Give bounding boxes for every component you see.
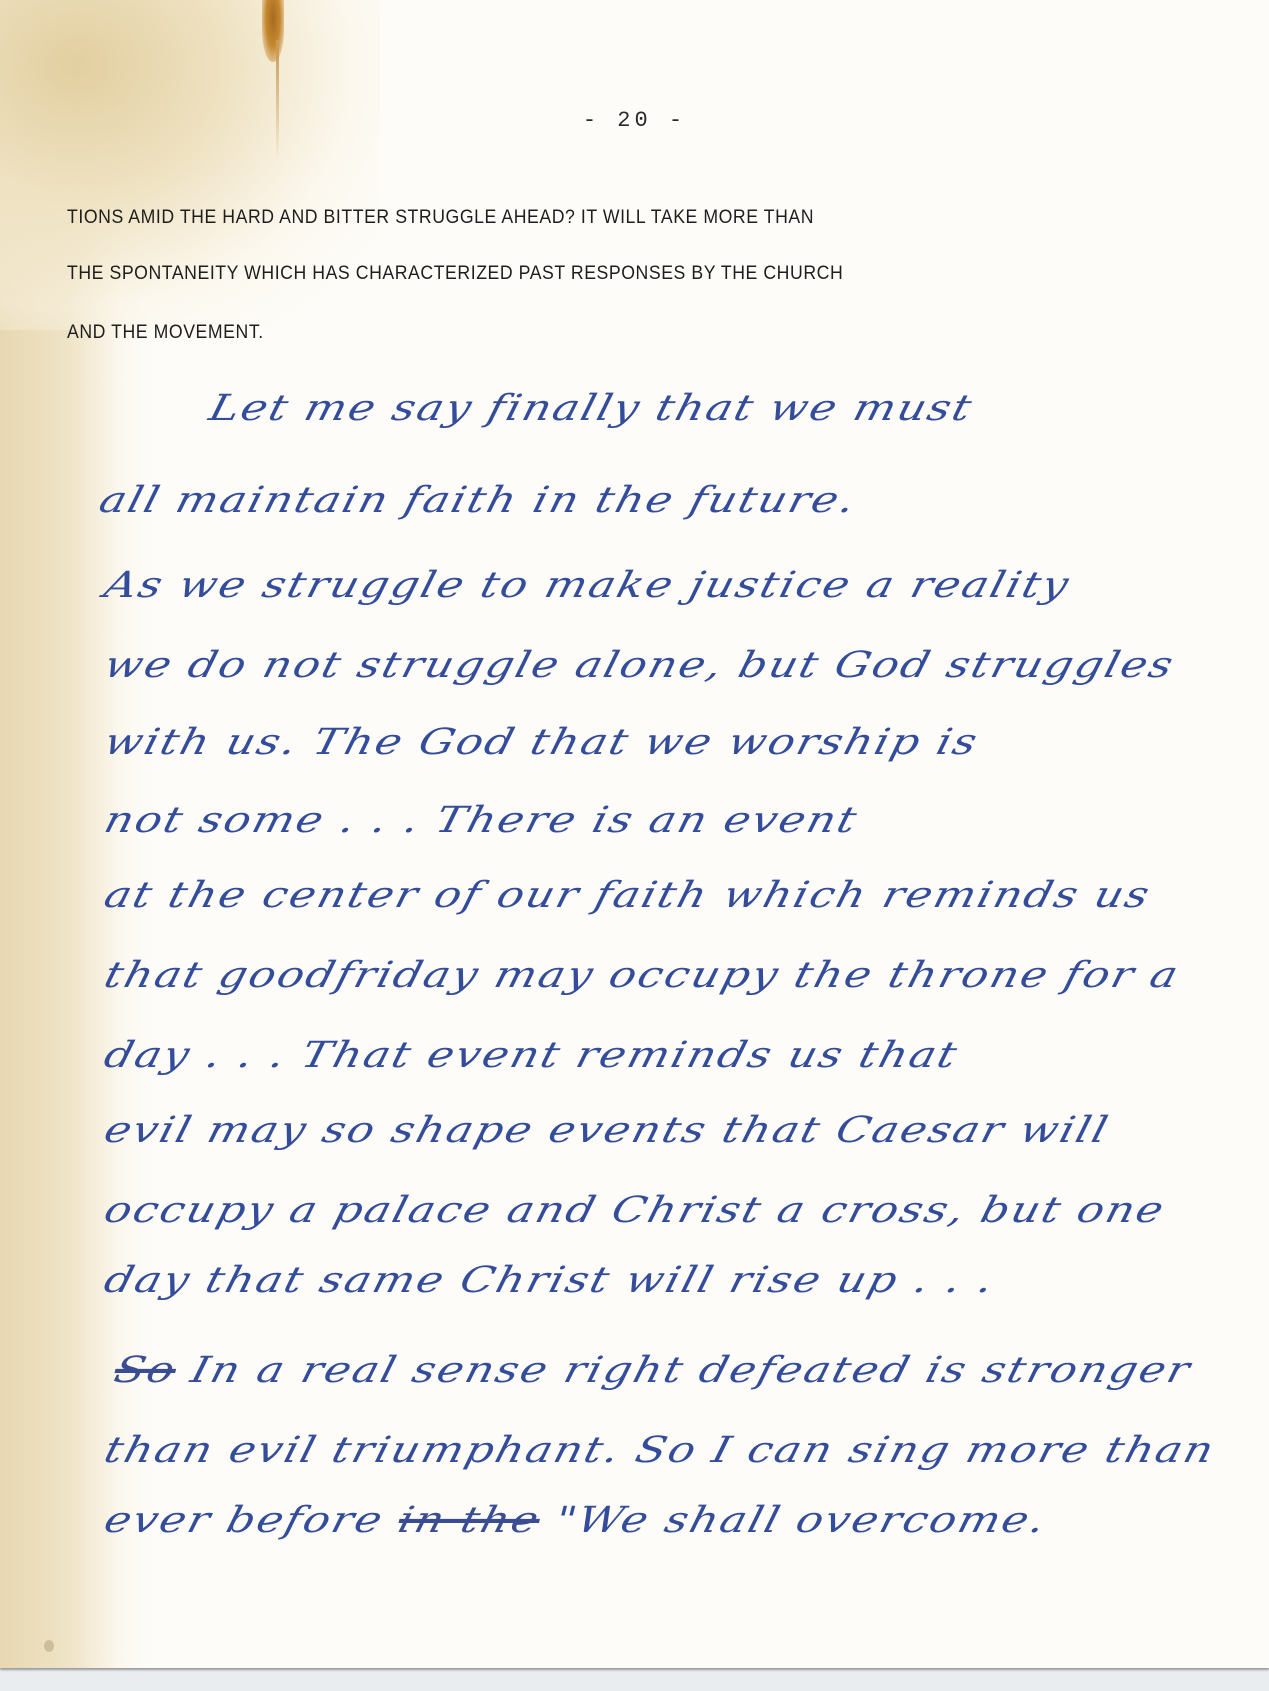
handwritten-line: at the center of our faith which reminds… xyxy=(100,874,1155,916)
handwritten-line: As we struggle to make justice a reality xyxy=(100,564,1075,606)
paper-spot xyxy=(44,1640,54,1652)
typed-line: TIONS AMID THE HARD AND BITTER STRUGGLE … xyxy=(67,207,1053,229)
stain-streak xyxy=(276,40,279,160)
handwritten-line: evil may so shape events that Caesar wil… xyxy=(100,1109,1114,1151)
handwritten-line: that goodfriday may occupy the throne fo… xyxy=(100,954,1184,996)
handwritten-line: occupy a palace and Christ a cross, but … xyxy=(100,1189,1170,1231)
typed-line: AND THE MOVEMENT. xyxy=(67,322,1053,344)
handwritten-line: Let me say finally that we must xyxy=(205,387,978,429)
handwritten-line: than evil triumphant. So I can sing more… xyxy=(100,1429,1220,1471)
handwritten-line: we do not struggle alone, but God strugg… xyxy=(100,644,1179,686)
handwritten-line: all maintain faith in the future. xyxy=(95,479,861,521)
handwritten-line: So In a real sense right defeated is str… xyxy=(110,1349,1196,1391)
struck-text: So xyxy=(110,1349,181,1391)
typed-line: THE SPONTANEITY WHICH HAS CHARACTERIZED … xyxy=(67,263,1053,285)
handwritten-line: day that same Christ will rise up . . . xyxy=(100,1259,1000,1301)
struck-text: in the xyxy=(394,1499,545,1541)
burn-mark xyxy=(262,0,284,62)
handwritten-line: day . . . That event reminds us that xyxy=(100,1034,963,1076)
handwritten-line: not some . . . There is an event xyxy=(100,799,863,841)
handwritten-line: ever before in the "We shall overcome. xyxy=(100,1499,1051,1541)
handwritten-line: with us. The God that we worship is xyxy=(100,721,983,763)
document-page: - 20 - TIONS AMID THE HARD AND BITTER ST… xyxy=(0,0,1269,1668)
page-number: - 20 - xyxy=(0,108,1269,133)
